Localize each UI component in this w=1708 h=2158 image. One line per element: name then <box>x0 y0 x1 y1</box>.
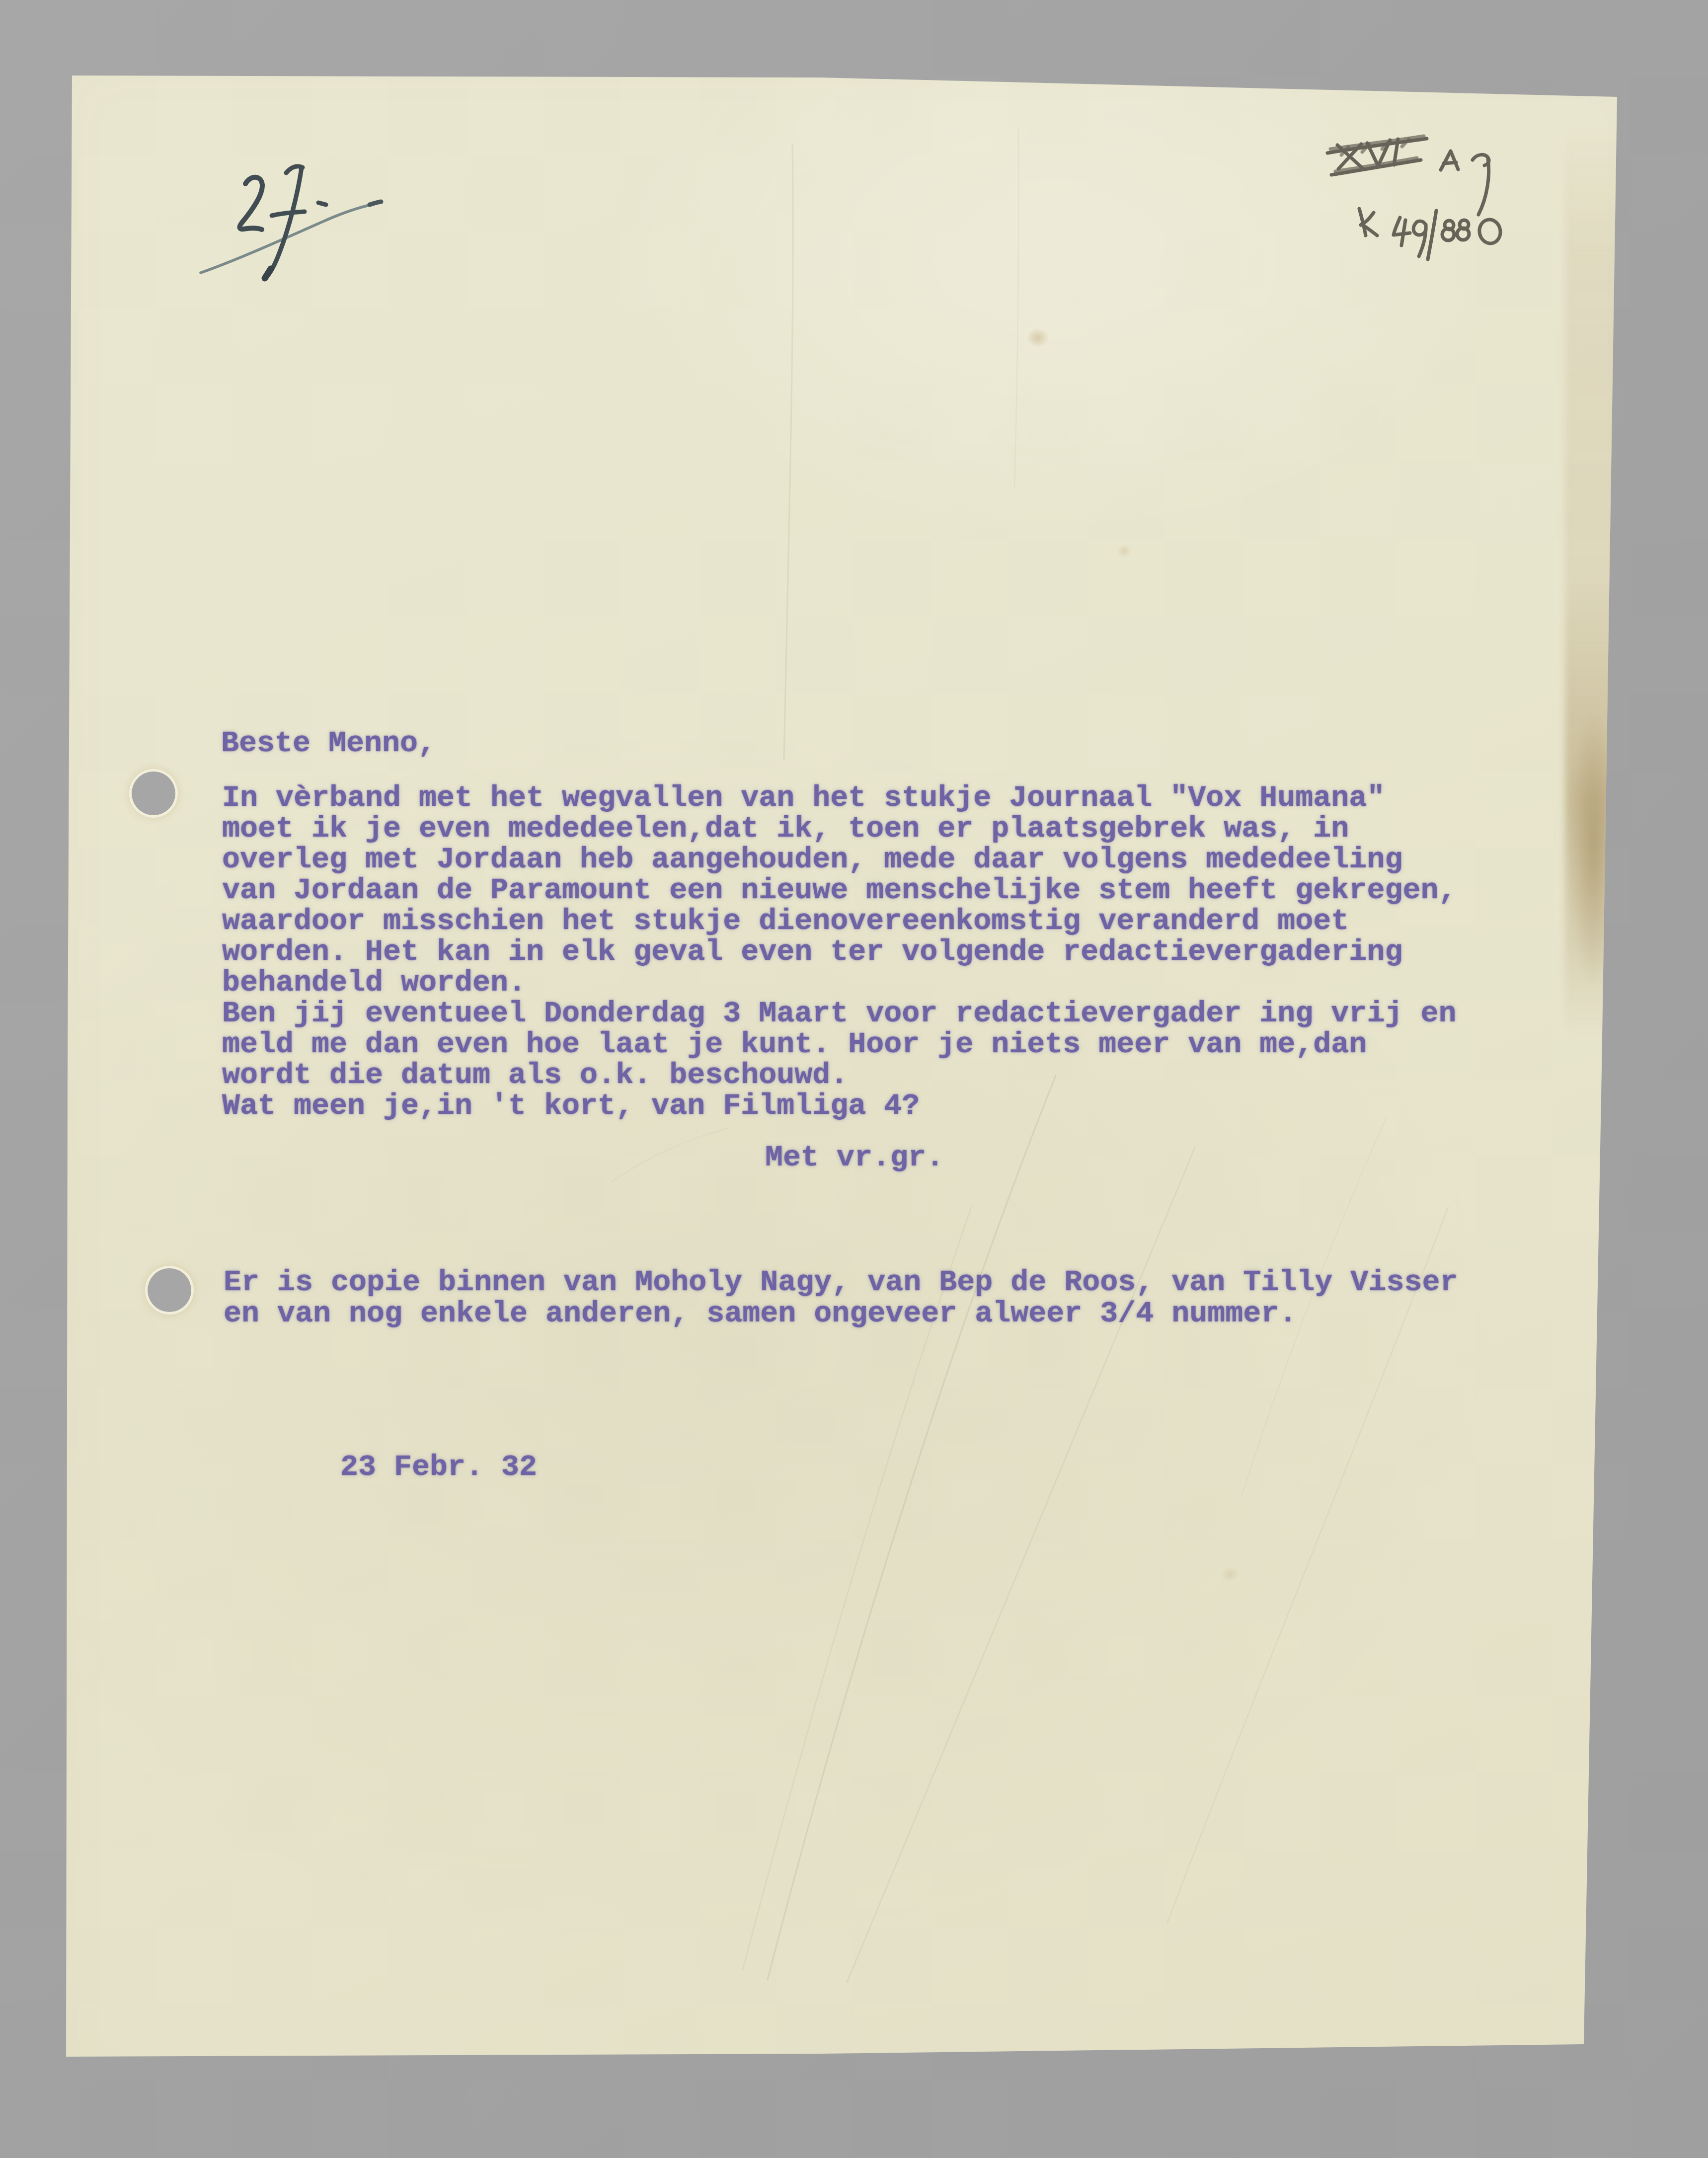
letter-paper-sheet: Beste Menno, In vèrband met het wegvalle… <box>0 0 1708 2158</box>
punch-hole-top <box>132 771 175 815</box>
paper-crease-lines <box>0 0 1708 2158</box>
punch-hole-bottom <box>148 1268 191 1312</box>
